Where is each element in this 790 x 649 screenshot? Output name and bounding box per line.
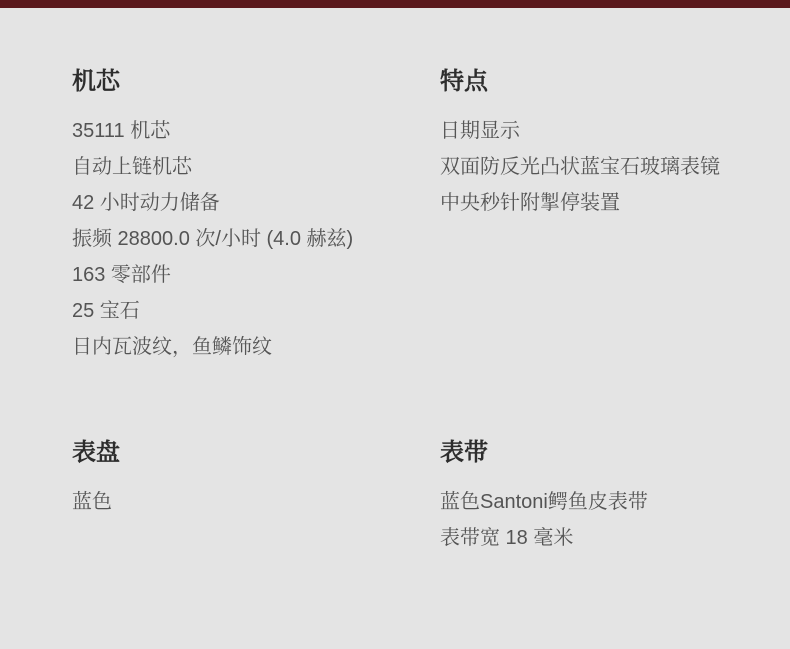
spec-item: 35111 机芯 bbox=[72, 113, 427, 149]
spec-item: 中央秒针附掣停装置 bbox=[440, 185, 780, 221]
spec-item: 日期显示 bbox=[440, 113, 780, 149]
spec-item: 双面防反光凸状蓝宝石玻璃表镜 bbox=[440, 149, 780, 185]
spec-item: 日内瓦波纹，鱼鳞饰纹 bbox=[72, 329, 427, 365]
section-dial: 表盘 蓝色 bbox=[72, 438, 427, 520]
spec-item: 163 零部件 bbox=[72, 257, 427, 293]
spec-item: 蓝色 bbox=[72, 484, 427, 520]
spec-item: 表带宽 18 毫米 bbox=[440, 520, 780, 556]
spec-list-features: 日期显示双面防反光凸状蓝宝石玻璃表镜中央秒针附掣停装置 bbox=[440, 113, 780, 221]
section-title-movement: 机芯 bbox=[72, 67, 427, 97]
top-banner-bar bbox=[0, 0, 790, 8]
spec-item: 振频 28800.0 次/小时 (4.0 赫兹) bbox=[72, 221, 427, 257]
section-title-features: 特点 bbox=[440, 67, 780, 97]
spec-item: 42 小时动力储备 bbox=[72, 185, 427, 221]
spec-list-movement: 35111 机芯自动上链机芯42 小时动力储备振频 28800.0 次/小时 (… bbox=[72, 113, 427, 365]
section-strap: 表带 蓝色Santoni鳄鱼皮表带表带宽 18 毫米 bbox=[440, 438, 780, 556]
section-features: 特点 日期显示双面防反光凸状蓝宝石玻璃表镜中央秒针附掣停装置 bbox=[440, 67, 780, 221]
spec-item: 蓝色Santoni鳄鱼皮表带 bbox=[440, 484, 780, 520]
spec-list-strap: 蓝色Santoni鳄鱼皮表带表带宽 18 毫米 bbox=[440, 484, 780, 556]
spec-list-dial: 蓝色 bbox=[72, 484, 427, 520]
spec-item: 25 宝石 bbox=[72, 293, 427, 329]
section-title-strap: 表带 bbox=[440, 438, 780, 468]
section-title-dial: 表盘 bbox=[72, 438, 427, 468]
spec-item: 自动上链机芯 bbox=[72, 149, 427, 185]
section-movement: 机芯 35111 机芯自动上链机芯42 小时动力储备振频 28800.0 次/小… bbox=[72, 67, 427, 365]
